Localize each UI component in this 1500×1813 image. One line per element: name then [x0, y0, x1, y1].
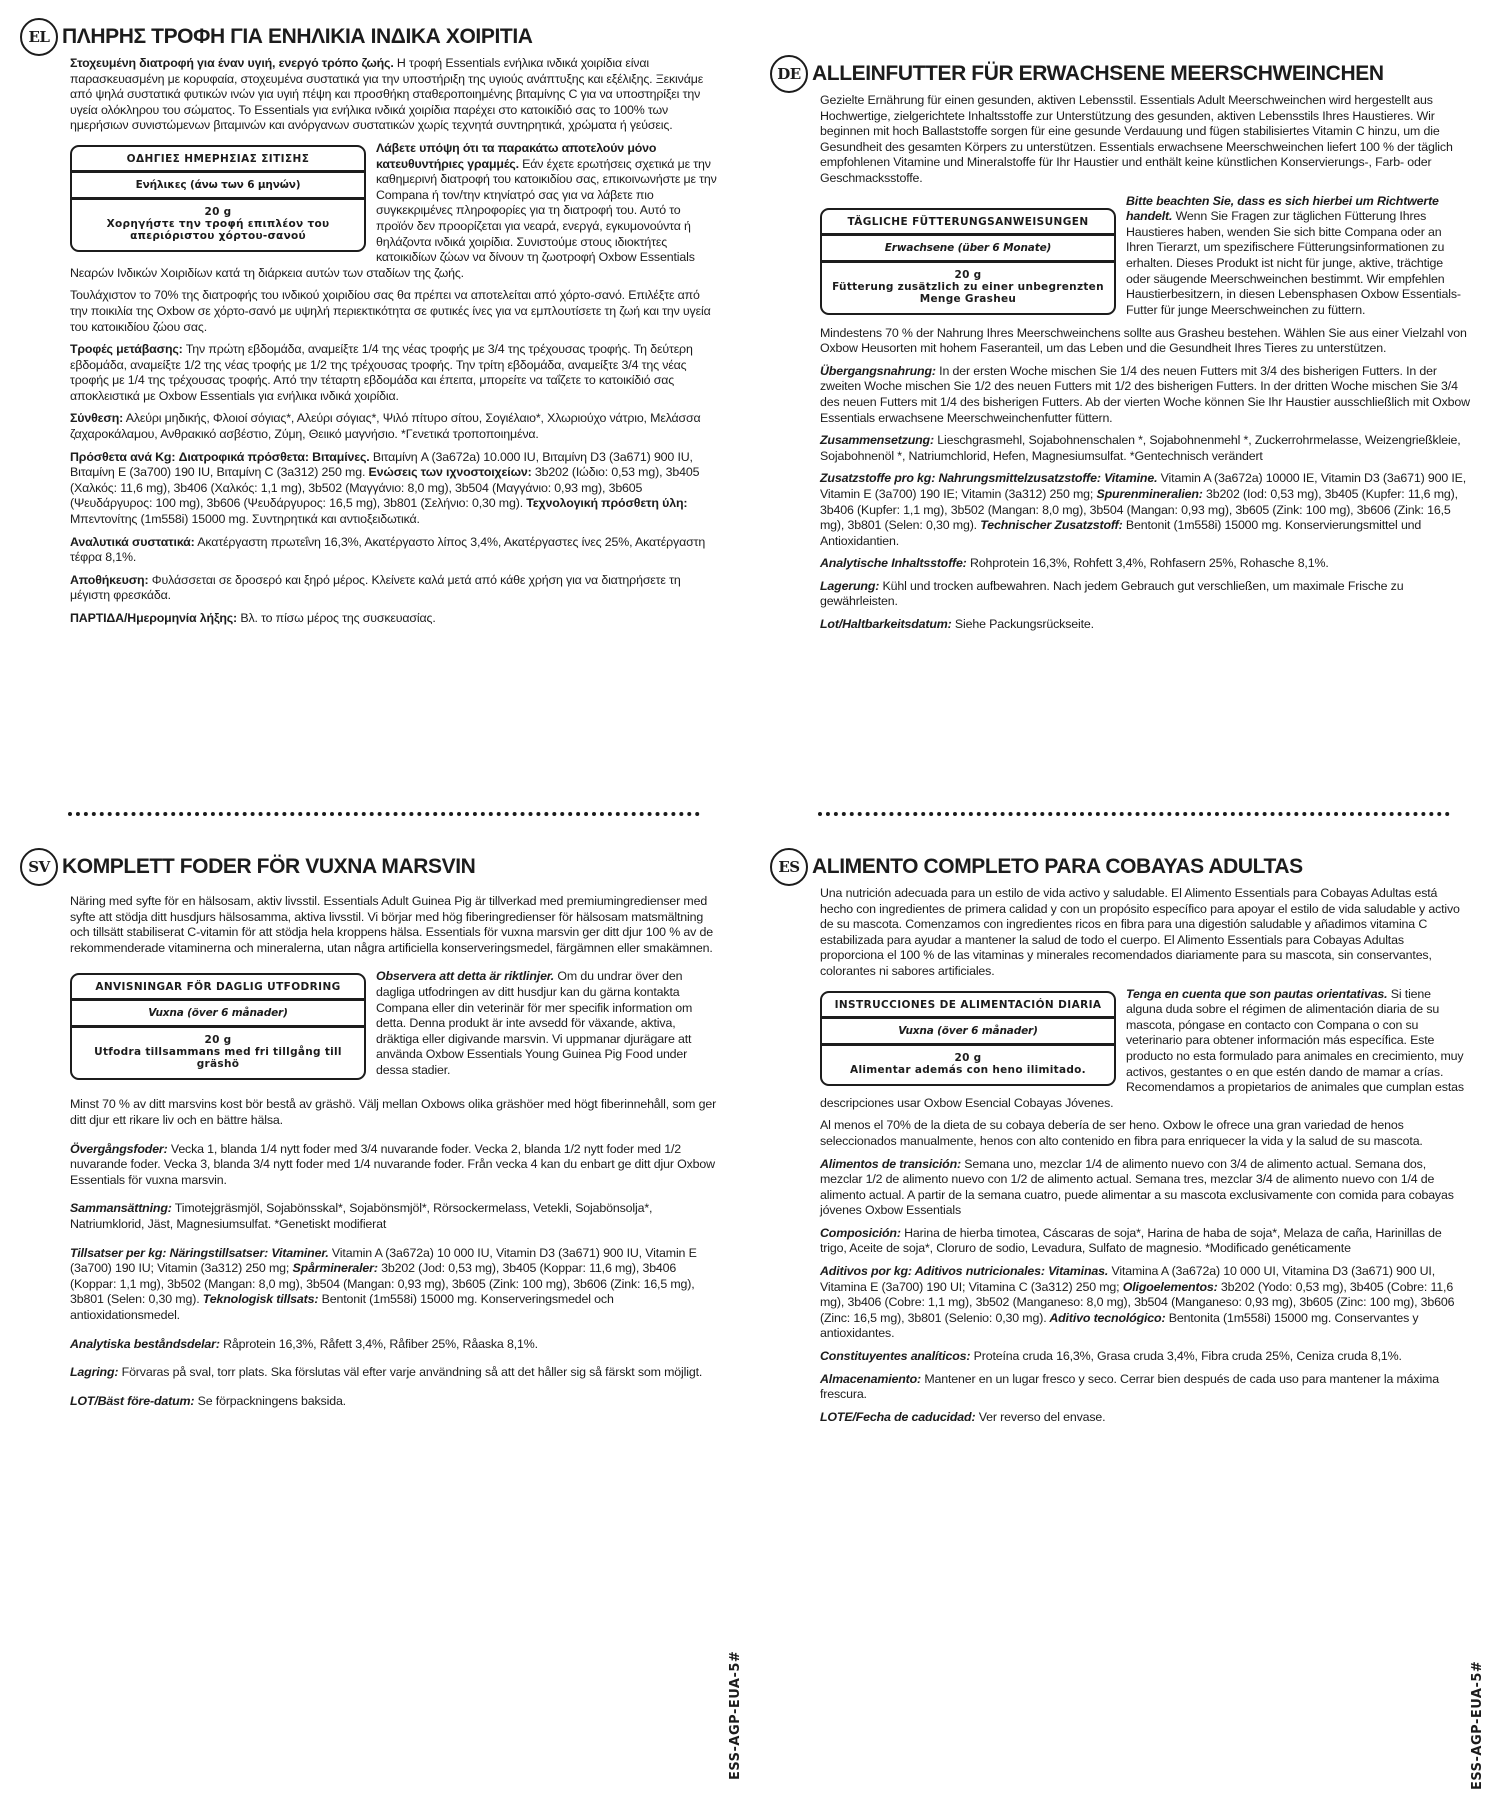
transition-label: Τροφές μετάβασης: [70, 342, 183, 356]
feeding-box-dose-section: 20 g Χορηγήστε την τροφή επιπλέον του απ… [72, 200, 364, 250]
storage-label: Almacenamiento: [820, 1372, 921, 1386]
product-code-right: ESS-AGP-EUA-5# [1470, 1661, 1485, 1790]
section-header: ES ALIMENTO COMPLETO PARA COBAYAS ADULTA… [770, 848, 1470, 886]
note-text: Wenn Sie Fragen zur täglichen Fütterung … [1126, 209, 1461, 317]
analytical-label: Analytiska beståndsdelar: [70, 1337, 220, 1351]
composition-label: Sammansättning: [70, 1201, 172, 1215]
composition-paragraph: Composición: Harina de hierba timotea, C… [820, 1226, 1470, 1257]
lot-label: LOT/Bäst före-datum: [70, 1394, 194, 1408]
composition-text: Harina de hierba timotea, Cáscaras de so… [820, 1226, 1442, 1256]
lot-label: ΠΑΡΤΙΔΑ/Ημερομηνία λήξης: [70, 611, 237, 625]
intro-lead: Στοχευμένη διατροφή για έναν υγιή, ενεργ… [70, 56, 394, 70]
tech-label: Technischer Zusatzstoff: [977, 518, 1123, 532]
analytical-text: Rohprotein 16,3%, Rohfett 3,4%, Rohfaser… [967, 556, 1329, 570]
feeding-box-age: Erwachsene (über 6 Monate) [822, 236, 1114, 263]
feeding-dose: 20 g [76, 206, 360, 218]
feeding-box-header: TÄGLICHE FÜTTERUNGSANWEISUNGEN [822, 210, 1114, 236]
language-badge: ES [770, 848, 808, 886]
intro-paragraph: Gezielte Ernährung für einen gesunden, a… [820, 93, 1470, 187]
feeding-box-age: Ενήλικες (άνω των 6 μηνών) [72, 173, 364, 200]
hay-paragraph: Al menos el 70% de la dieta de su cobaya… [820, 1118, 1470, 1149]
hay-paragraph: Minst 70 % av ditt marsvins kost bör bes… [70, 1097, 720, 1128]
analytical-paragraph: Analytiska beståndsdelar: Råprotein 16,3… [70, 1337, 720, 1353]
lot-paragraph: ΠΑΡΤΙΔΑ/Ημερομηνία λήξης: Βλ. το πίσω μέ… [70, 611, 720, 627]
lot-paragraph: LOTE/Fecha de caducidad: Ver reverso del… [820, 1410, 1470, 1426]
analytical-paragraph: Αναλυτικά συστατικά: Ακατέργαστη πρωτεΐν… [70, 535, 720, 566]
transition-text: Vecka 1, blanda 1/4 nytt foder med 3/4 n… [70, 1142, 715, 1187]
additives-paragraph: Zusatzstoffe pro kg: Nahrungsmittelzusat… [820, 471, 1470, 549]
feeding-instruction: Alimentar además con heno ilimitado. [826, 1064, 1110, 1076]
feeding-instruction: Fütterung zusätzlich zu einer unbegrenzt… [826, 281, 1110, 305]
lot-text: Siehe Packungsrückseite. [952, 617, 1094, 631]
storage-text: Φυλάσσεται σε δροσερό και ξηρό μέρος. Κλ… [70, 573, 681, 603]
product-code-middle: ESS-AGP-EUA-5# [728, 1651, 743, 1780]
feeding-instructions-box: TÄGLICHE FÜTTERUNGSANWEISUNGEN Erwachsen… [820, 208, 1116, 315]
trace-label: Ενώσεις των ιχνοστοιχείων: [365, 465, 531, 479]
composition-label: Σύνθεση: [70, 411, 123, 425]
tech-label: Τεχνολογική πρόσθετη ύλη: [523, 496, 687, 510]
storage-paragraph: Lagerung: Kühl und trocken aufbewahren. … [820, 579, 1470, 610]
dotted-divider-left [68, 812, 700, 816]
additives-paragraph: Πρόσθετα ανά Kg: Διατροφικά πρόσθετα: Βι… [70, 450, 720, 528]
section-header: EL ΠΛΗΡΗΣ ΤΡΟΦΗ ΓΙΑ ΕΝΗΛΙΚΙΑ ΙΝΔΙΚΑ ΧΟΙΡ… [20, 18, 720, 56]
section-title: KOMPLETT FODER FÖR VUXNA MARSVIN [62, 855, 475, 879]
transition-paragraph: Alimentos de transición: Semana uno, mez… [820, 1157, 1470, 1219]
additives-label: Zusatzstoffe pro kg: Nahrungsmittelzusat… [820, 471, 1157, 485]
feeding-box-header: ΟΔΗΓΙΕΣ ΗΜΕΡΗΣΙΑΣ ΣΙΤΙΣΗΣ [72, 147, 364, 173]
feeding-instructions-box: ANVISNINGAR FÖR DAGLIG UTFODRING Vuxna (… [70, 973, 366, 1080]
feeding-instruction: Χορηγήστε την τροφή επιπλέον του απεριόρ… [76, 218, 360, 242]
composition-paragraph: Zusammensetzung: Lieschgrasmehl, Sojaboh… [820, 433, 1470, 464]
hay-paragraph: Τουλάχιστον το 70% της διατροφής του ινδ… [70, 288, 720, 335]
storage-text: Förvaras på sval, torr plats. Ska förslu… [118, 1365, 702, 1379]
tech-label: Aditivo tecnológico: [1047, 1311, 1166, 1325]
language-badge: SV [20, 848, 58, 886]
storage-label: Lagring: [70, 1365, 118, 1379]
trace-label: Spårmineraler: [289, 1261, 378, 1275]
lot-text: Βλ. το πίσω μέρος της συσκευασίας. [237, 611, 436, 625]
lot-paragraph: Lot/Haltbarkeitsdatum: Siehe Packungsrüc… [820, 617, 1470, 633]
dotted-divider-right [818, 812, 1450, 816]
note-text: Om du undrar över den dagliga utfodringe… [376, 969, 692, 1077]
section-header: SV KOMPLETT FODER FÖR VUXNA MARSVIN [20, 848, 720, 886]
trace-label: Oligoelementos: [1119, 1280, 1217, 1294]
language-badge: DE [770, 55, 808, 93]
feeding-dose: 20 g [826, 1052, 1110, 1064]
note-lead: Observera att detta är riktlinjer. [376, 969, 554, 983]
analytical-label: Analytische Inhaltsstoffe: [820, 556, 967, 570]
feeding-box-header: INSTRUCCIONES DE ALIMENTACIÓN DIARIA [822, 993, 1114, 1019]
lot-text: Ver reverso del envase. [975, 1410, 1105, 1424]
intro-paragraph: Στοχευμένη διατροφή για έναν υγιή, ενεργ… [70, 56, 720, 134]
lot-label: Lot/Haltbarkeitsdatum: [820, 617, 952, 631]
section-title: ALLEINFUTTER FÜR ERWACHSENE MEERSCHWEINC… [812, 62, 1384, 86]
storage-label: Αποθήκευση: [70, 573, 148, 587]
feeding-instructions-box: ΟΔΗΓΙΕΣ ΗΜΕΡΗΣΙΑΣ ΣΙΤΙΣΗΣ Ενήλικες (άνω … [70, 145, 366, 252]
section-title: ALIMENTO COMPLETO PARA COBAYAS ADULTAS [812, 855, 1303, 879]
section-spanish: ES ALIMENTO COMPLETO PARA COBAYAS ADULTA… [770, 848, 1470, 1432]
feeding-instructions-box: INSTRUCCIONES DE ALIMENTACIÓN DIARIA Vux… [820, 991, 1116, 1086]
composition-label: Composición: [820, 1226, 901, 1240]
storage-paragraph: Almacenamiento: Mantener en un lugar fre… [820, 1372, 1470, 1403]
intro-paragraph: Una nutrición adecuada para un estilo de… [820, 886, 1470, 980]
storage-paragraph: Lagring: Förvaras på sval, torr plats. S… [70, 1365, 720, 1381]
intro-paragraph: Näring med syfte för en hälsosam, aktiv … [70, 894, 720, 956]
feeding-dose: 20 g [76, 1034, 360, 1046]
feeding-box-age: Vuxna (över 6 månader) [822, 1019, 1114, 1046]
analytical-text: Råprotein 16,3%, Råfett 3,4%, Råfiber 25… [220, 1337, 538, 1351]
transition-label: Übergangsnahrung: [820, 364, 936, 378]
section-header: DE ALLEINFUTTER FÜR ERWACHSENE MEERSCHWE… [770, 55, 1470, 93]
feeding-dose: 20 g [826, 269, 1110, 281]
additives-paragraph: Tillsatser per kg: Näringstillsatser: Vi… [70, 1246, 720, 1324]
section-title: ΠΛΗΡΗΣ ΤΡΟΦΗ ΓΙΑ ΕΝΗΛΙΚΙΑ ΙΝΔΙΚΑ ΧΟΙΡΙΤΙ… [62, 25, 533, 49]
tech-label: Teknologisk tillsats: [200, 1292, 319, 1306]
transition-paragraph: Övergångsfoder: Vecka 1, blanda 1/4 nytt… [70, 1142, 720, 1189]
transition-paragraph: Τροφές μετάβασης: Την πρώτη εβδομάδα, αν… [70, 342, 720, 404]
lot-paragraph: LOT/Bäst före-datum: Se förpackningens b… [70, 1394, 720, 1410]
feeding-box-dose-section: 20 g Utfodra tillsammans med fri tillgån… [72, 1028, 364, 1078]
tech-text: Μπεντονίτης (1m558i) 15000 mg. Συντηρητι… [70, 512, 420, 526]
transition-paragraph: Übergangsnahrung: In der ersten Woche mi… [820, 364, 1470, 426]
note-lead: Tenga en cuenta que son pautas orientati… [1126, 987, 1387, 1001]
additives-paragraph: Aditivos por kg: Aditivos nutricionales:… [820, 1264, 1470, 1342]
feeding-box-dose-section: 20 g Fütterung zusätzlich zu einer unbeg… [822, 263, 1114, 313]
analytical-label: Constituyentes analíticos: [820, 1349, 970, 1363]
storage-text: Kühl und trocken aufbewahren. Nach jedem… [820, 579, 1403, 609]
feeding-box-age: Vuxna (över 6 månader) [72, 1001, 364, 1028]
lot-label: LOTE/Fecha de caducidad: [820, 1410, 975, 1424]
hay-paragraph: Mindestens 70 % der Nahrung Ihres Meersc… [820, 326, 1470, 357]
section-greek: EL ΠΛΗΡΗΣ ΤΡΟΦΗ ΓΙΑ ΕΝΗΛΙΚΙΑ ΙΝΔΙΚΑ ΧΟΙΡ… [20, 18, 720, 634]
feeding-box-header: ANVISNINGAR FÖR DAGLIG UTFODRING [72, 975, 364, 1001]
additives-label: Aditivos por kg: Aditivos nutricionales:… [820, 1264, 1108, 1278]
transition-label: Övergångsfoder: [70, 1142, 168, 1156]
analytical-text: Proteína cruda 16,3%, Grasa cruda 3,4%, … [970, 1349, 1401, 1363]
feeding-box-dose-section: 20 g Alimentar además con heno ilimitado… [822, 1046, 1114, 1084]
analytical-label: Αναλυτικά συστατικά: [70, 535, 195, 549]
section-german: DE ALLEINFUTTER FÜR ERWACHSENE MEERSCHWE… [770, 55, 1470, 640]
analytical-paragraph: Analytische Inhaltsstoffe: Rohprotein 16… [820, 556, 1470, 572]
analytical-paragraph: Constituyentes analíticos: Proteína crud… [820, 1349, 1470, 1365]
composition-paragraph: Σύνθεση: Αλεύρι μηδικής, Φλοιοί σόγιας*,… [70, 411, 720, 442]
feeding-instruction: Utfodra tillsammans med fri tillgång til… [76, 1046, 360, 1070]
additives-label: Πρόσθετα ανά Kg: Διατροφικά πρόσθετα: Βι… [70, 450, 370, 464]
composition-paragraph: Sammansättning: Timotejgräsmjöl, Sojabön… [70, 1201, 720, 1232]
storage-label: Lagerung: [820, 579, 879, 593]
section-swedish: SV KOMPLETT FODER FÖR VUXNA MARSVIN Näri… [20, 848, 720, 1422]
trace-label: Spurenmineralien: [1093, 487, 1203, 501]
language-badge: EL [20, 18, 58, 56]
storage-paragraph: Αποθήκευση: Φυλάσσεται σε δροσερό και ξη… [70, 573, 720, 604]
composition-label: Zusammensetzung: [820, 433, 934, 447]
lot-text: Se förpackningens baksida. [194, 1394, 346, 1408]
additives-label: Tillsatser per kg: Näringstillsatser: Vi… [70, 1246, 329, 1260]
composition-text: Αλεύρι μηδικής, Φλοιοί σόγιας*, Αλεύρι σ… [70, 411, 701, 441]
transition-label: Alimentos de transición: [820, 1157, 961, 1171]
